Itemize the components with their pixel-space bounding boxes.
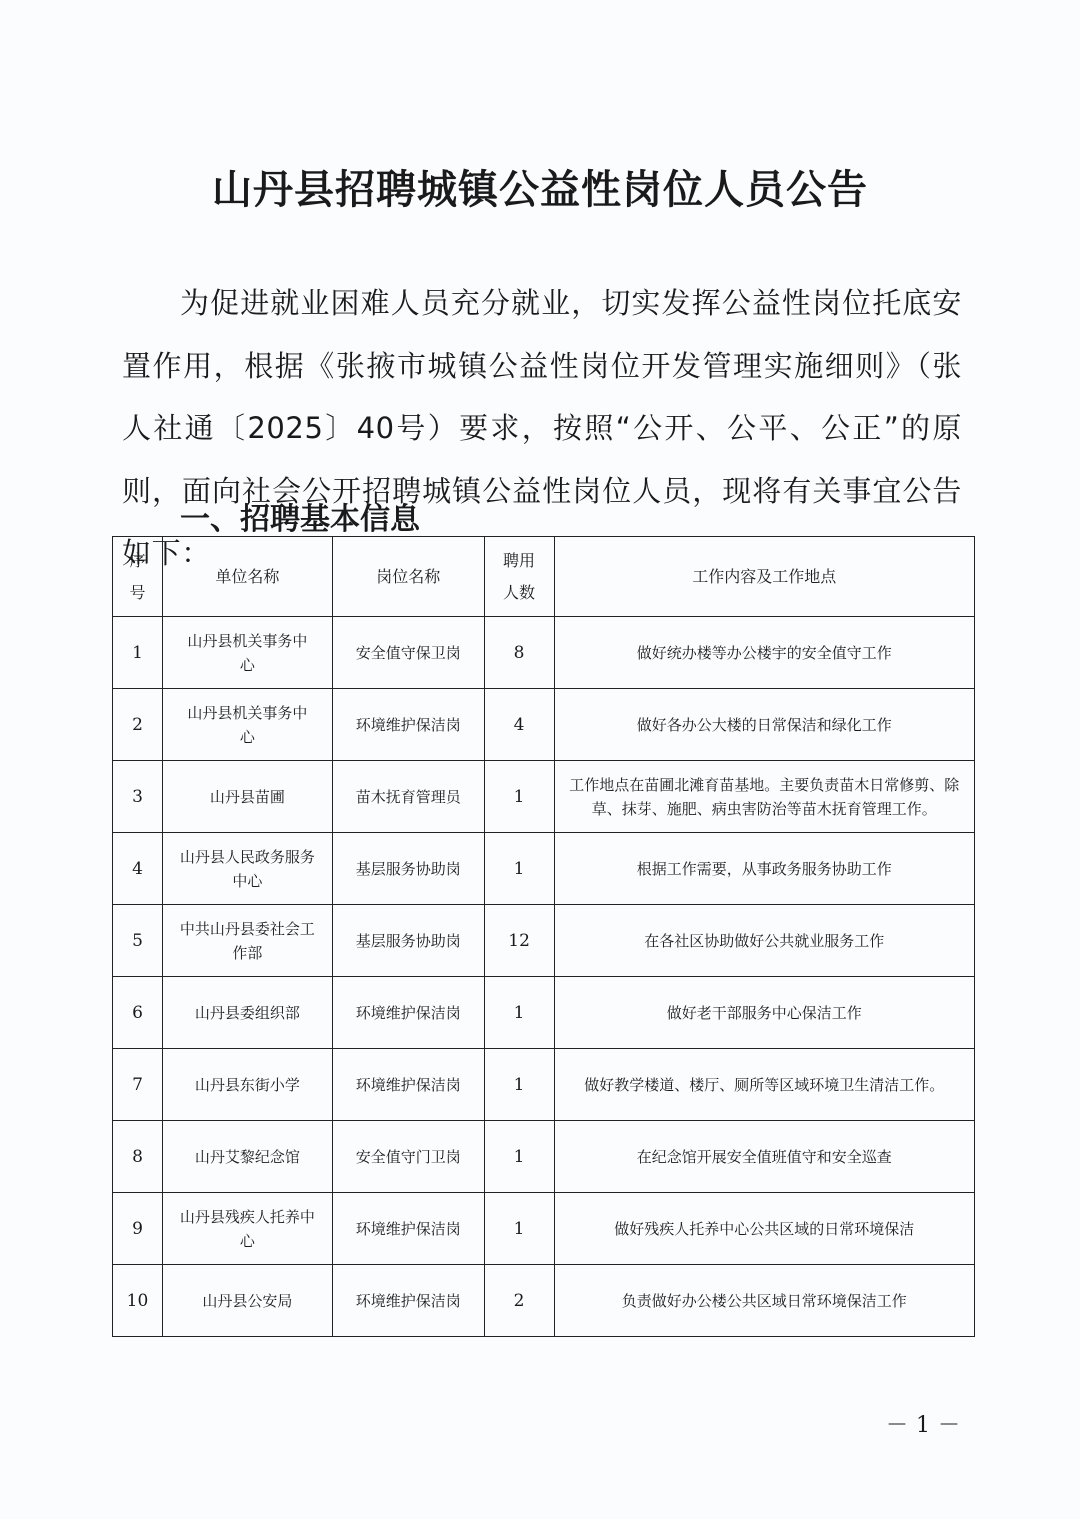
cell-count: 12 xyxy=(484,905,554,977)
table-row: 1 山丹县机关事务中心 安全值守保卫岗 8 做好统办楼等办公楼宇的安全值守工作 xyxy=(113,617,975,689)
cell-desc: 负责做好办公楼公共区域日常环境保洁工作 xyxy=(554,1265,974,1337)
cell-count: 8 xyxy=(484,617,554,689)
cell-unit: 山丹县苗圃 xyxy=(162,761,332,833)
header-no: 序号 xyxy=(113,537,163,617)
cell-post: 安全值守保卫岗 xyxy=(332,617,484,689)
header-post: 岗位名称 xyxy=(332,537,484,617)
cell-unit: 山丹县公安局 xyxy=(162,1265,332,1337)
cell-post: 安全值守门卫岗 xyxy=(332,1121,484,1193)
cell-post: 环境维护保洁岗 xyxy=(332,1265,484,1337)
cell-count: 1 xyxy=(484,1193,554,1265)
section-heading: 一、招聘基本信息 xyxy=(180,494,420,538)
header-count: 聘用人数 xyxy=(484,537,554,617)
cell-unit: 中共山丹县委社会工作部 xyxy=(162,905,332,977)
cell-desc: 做好老干部服务中心保洁工作 xyxy=(554,977,974,1049)
table-row: 2 山丹县机关事务中心 环境维护保洁岗 4 做好各办公大楼的日常保洁和绿化工作 xyxy=(113,689,975,761)
header-desc: 工作内容及工作地点 xyxy=(554,537,974,617)
cell-count: 4 xyxy=(484,689,554,761)
table-row: 7 山丹县东街小学 环境维护保洁岗 1 做好教学楼道、楼厅、厕所等区域环境卫生清… xyxy=(113,1049,975,1121)
cell-post: 环境维护保洁岗 xyxy=(332,1049,484,1121)
table-row: 4 山丹县人民政务服务中心 基层服务协助岗 1 根据工作需要，从事政务服务协助工… xyxy=(113,833,975,905)
cell-post: 环境维护保洁岗 xyxy=(332,977,484,1049)
cell-post: 环境维护保洁岗 xyxy=(332,689,484,761)
cell-unit: 山丹县人民政务服务中心 xyxy=(162,833,332,905)
cell-count: 1 xyxy=(484,833,554,905)
cell-count: 1 xyxy=(484,977,554,1049)
cell-desc: 做好教学楼道、楼厅、厕所等区域环境卫生清洁工作。 xyxy=(554,1049,974,1121)
cell-desc: 做好各办公大楼的日常保洁和绿化工作 xyxy=(554,689,974,761)
table-row: 10 山丹县公安局 环境维护保洁岗 2 负责做好办公楼公共区域日常环境保洁工作 xyxy=(113,1265,975,1337)
cell-no: 8 xyxy=(113,1121,163,1193)
cell-no: 5 xyxy=(113,905,163,977)
cell-no: 4 xyxy=(113,833,163,905)
cell-no: 3 xyxy=(113,761,163,833)
table-row: 8 山丹艾黎纪念馆 安全值守门卫岗 1 在纪念馆开展安全值班值守和安全巡查 xyxy=(113,1121,975,1193)
document-title: 山丹县招聘城镇公益性岗位人员公告 xyxy=(0,158,1080,215)
cell-unit: 山丹县机关事务中心 xyxy=(162,689,332,761)
cell-no: 1 xyxy=(113,617,163,689)
header-unit: 单位名称 xyxy=(162,537,332,617)
cell-count: 2 xyxy=(484,1265,554,1337)
cell-no: 2 xyxy=(113,689,163,761)
recruitment-table: 序号 单位名称 岗位名称 聘用人数 工作内容及工作地点 1 山丹县机关事务中心 … xyxy=(112,536,975,1337)
cell-post: 基层服务协助岗 xyxy=(332,905,484,977)
table-header-row: 序号 单位名称 岗位名称 聘用人数 工作内容及工作地点 xyxy=(113,537,975,617)
table-row: 3 山丹县苗圃 苗木抚育管理员 1 工作地点在苗圃北滩育苗基地。主要负责苗木日常… xyxy=(113,761,975,833)
cell-unit: 山丹艾黎纪念馆 xyxy=(162,1121,332,1193)
cell-post: 基层服务协助岗 xyxy=(332,833,484,905)
table-row: 5 中共山丹县委社会工作部 基层服务协助岗 12 在各社区协助做好公共就业服务工… xyxy=(113,905,975,977)
cell-count: 1 xyxy=(484,1049,554,1121)
cell-desc: 工作地点在苗圃北滩育苗基地。主要负责苗木日常修剪、除草、抹芽、施肥、病虫害防治等… xyxy=(554,761,974,833)
cell-no: 6 xyxy=(113,977,163,1049)
table-row: 6 山丹县委组织部 环境维护保洁岗 1 做好老干部服务中心保洁工作 xyxy=(113,977,975,1049)
cell-post: 苗木抚育管理员 xyxy=(332,761,484,833)
cell-unit: 山丹县委组织部 xyxy=(162,977,332,1049)
cell-desc: 做好残疾人托养中心公共区域的日常环境保洁 xyxy=(554,1193,974,1265)
cell-desc: 在纪念馆开展安全值班值守和安全巡查 xyxy=(554,1121,974,1193)
cell-unit: 山丹县机关事务中心 xyxy=(162,617,332,689)
cell-post: 环境维护保洁岗 xyxy=(332,1193,484,1265)
cell-desc: 做好统办楼等办公楼宇的安全值守工作 xyxy=(554,617,974,689)
cell-count: 1 xyxy=(484,761,554,833)
table-row: 9 山丹县残疾人托养中心 环境维护保洁岗 1 做好残疾人托养中心公共区域的日常环… xyxy=(113,1193,975,1265)
cell-no: 7 xyxy=(113,1049,163,1121)
cell-desc: 在各社区协助做好公共就业服务工作 xyxy=(554,905,974,977)
cell-count: 1 xyxy=(484,1121,554,1193)
cell-no: 9 xyxy=(113,1193,163,1265)
cell-unit: 山丹县残疾人托养中心 xyxy=(162,1193,332,1265)
cell-no: 10 xyxy=(113,1265,163,1337)
cell-desc: 根据工作需要，从事政务服务协助工作 xyxy=(554,833,974,905)
page-number: －1－ xyxy=(886,1408,968,1439)
cell-unit: 山丹县东街小学 xyxy=(162,1049,332,1121)
